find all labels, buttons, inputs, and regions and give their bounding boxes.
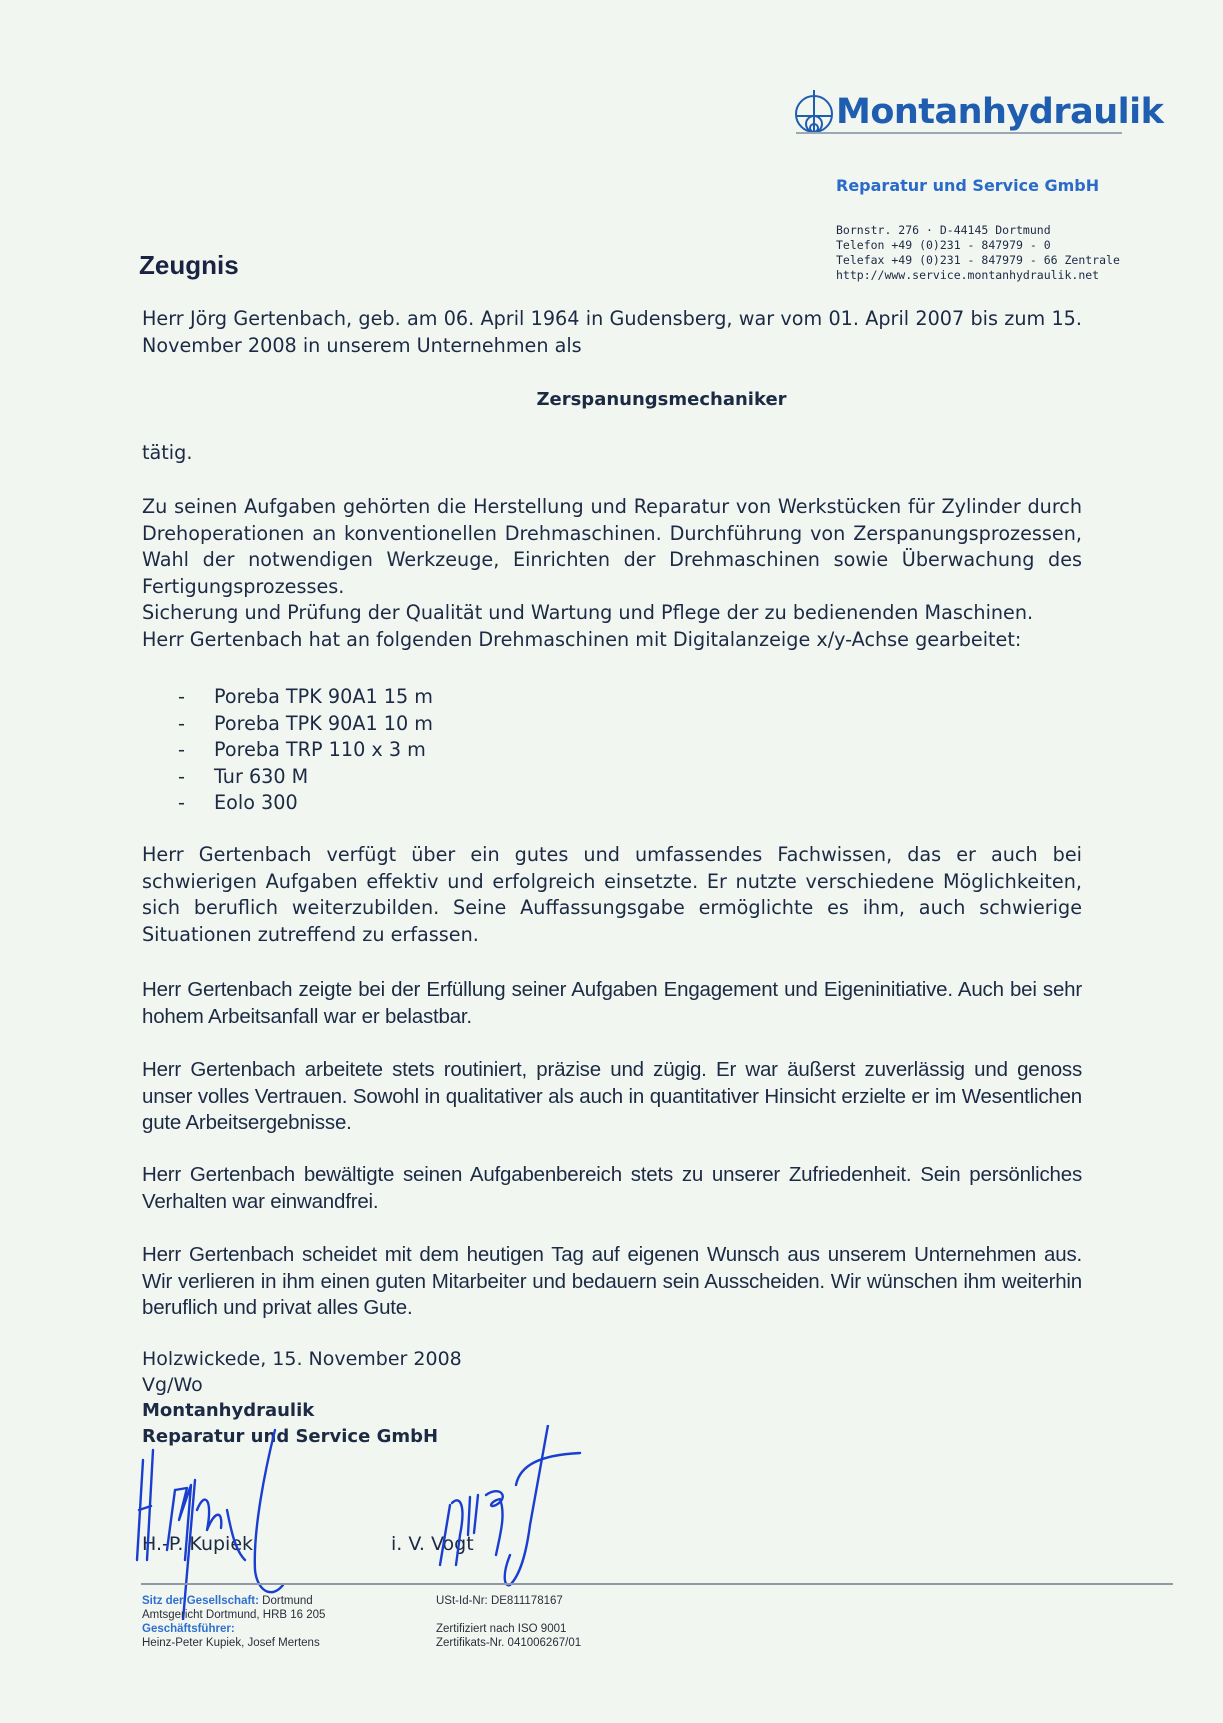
handwritten-signature-icon: [135, 1410, 315, 1620]
conduct-paragraph: Herr Gertenbach bewältigte seinen Aufgab…: [142, 1162, 1082, 1215]
duties-block: Zu seinen Aufgaben gehörten die Herstell…: [142, 494, 1082, 653]
machines-intro-text: Herr Gertenbach hat an folgenden Drehmas…: [142, 627, 1082, 654]
paragraph-text: Herr Gertenbach bewältigte seinen Aufgab…: [142, 1162, 1082, 1215]
list-item: -Eolo 300: [178, 790, 433, 817]
list-item: -Poreba TPK 90A1 10 m: [178, 711, 433, 738]
document-title: Zeugnis: [139, 250, 239, 281]
reference-letter-page: Montanhydraulik Reparatur und Service Gm…: [0, 0, 1223, 1723]
footer-divider: [141, 1583, 1173, 1585]
paragraph-text: Herr Gertenbach zeigte bei der Erfüllung…: [142, 977, 1082, 1030]
paragraph-text: Herr Gertenbach scheidet mit dem heutige…: [142, 1242, 1082, 1322]
knowledge-paragraph: Herr Gertenbach verfügt über ein gutes u…: [142, 842, 1082, 948]
farewell-paragraph: Herr Gertenbach scheidet mit dem heutige…: [142, 1242, 1082, 1322]
machine-name: Eolo 300: [214, 791, 298, 814]
company-wordmark: Montanhydraulik: [836, 92, 1163, 132]
machine-name: Tur 630 M: [214, 765, 308, 788]
list-item: -Poreba TPK 90A1 15 m: [178, 684, 433, 711]
list-marker: -: [178, 764, 185, 791]
company-subsidiary: Reparatur und Service GmbH: [836, 176, 1099, 195]
engagement-paragraph: Herr Gertenbach zeigte bei der Erfüllung…: [142, 977, 1082, 1030]
intro-text: Herr Jörg Gertenbach, geb. am 06. April …: [142, 306, 1082, 359]
handwritten-signature-icon: [430, 1425, 630, 1595]
website-line: http://www.service.montanhydraulik.net: [836, 268, 1120, 283]
iso-certification: Zertifiziert nach ISO 9001: [436, 1622, 581, 1636]
footer-registration-info: USt-Id-Nr: DE811178167 Zertifiziert nach…: [436, 1594, 581, 1650]
fax-line: Telefax +49 (0)231 - 847979 - 66 Zentral…: [836, 253, 1120, 268]
place-date: Holzwickede, 15. November 2008: [142, 1346, 462, 1372]
vat-id: USt-Id-Nr: DE811178167: [436, 1594, 581, 1608]
address-line: Bornstr. 276 · D-44145 Dortmund: [836, 223, 1120, 238]
phone-line: Telefon +49 (0)231 - 847979 - 0: [836, 238, 1120, 253]
footer-company-info: Sitz der Gesellschaft: Dortmund Amtsgeri…: [142, 1594, 325, 1650]
duties-text: Zu seinen Aufgaben gehörten die Herstell…: [142, 494, 1082, 600]
seat-value: Dortmund: [262, 1595, 313, 1607]
logo-underline: [796, 132, 1122, 134]
list-item: -Poreba TRP 110 x 3 m: [178, 737, 433, 764]
directors-label: Geschäftsführer:: [142, 1622, 325, 1636]
paragraph-text: Herr Gertenbach arbeitete stets routinie…: [142, 1057, 1082, 1137]
intro-paragraph: Herr Jörg Gertenbach, geb. am 06. April …: [142, 306, 1082, 359]
job-title: Zerspanungsmechaniker: [0, 389, 1223, 410]
machine-name: Poreba TPK 90A1 15 m: [214, 685, 433, 708]
list-marker: -: [178, 711, 185, 738]
directors-names: Heinz-Peter Kupiek, Josef Mertens: [142, 1636, 325, 1650]
list-marker: -: [178, 790, 185, 817]
performance-paragraph: Herr Gertenbach arbeitete stets routinie…: [142, 1057, 1082, 1137]
machine-list: -Poreba TPK 90A1 15 m -Poreba TPK 90A1 1…: [178, 684, 433, 817]
seat-line: Sitz der Gesellschaft: Dortmund: [142, 1594, 325, 1608]
seat-label: Sitz der Gesellschaft:: [142, 1595, 259, 1607]
list-item: -Tur 630 M: [178, 764, 433, 791]
reference-code: Vg/Wo: [142, 1372, 462, 1398]
certificate-number: Zertifikats-Nr. 041006267/01: [436, 1636, 581, 1650]
company-logo: Montanhydraulik: [792, 88, 1124, 136]
quality-text: Sicherung und Prüfung der Qualität und W…: [142, 600, 1082, 627]
job-title-text: Zerspanungsmechaniker: [536, 389, 786, 410]
paragraph-text: Herr Gertenbach verfügt über ein gutes u…: [142, 842, 1082, 948]
company-address: Bornstr. 276 · D-44145 Dortmund Telefon …: [836, 223, 1120, 283]
concentric-circles-logo-icon: [792, 88, 836, 136]
list-marker: -: [178, 737, 185, 764]
machine-name: Poreba TPK 90A1 10 m: [214, 712, 433, 735]
court-registry: Amtsgericht Dortmund, HRB 16 205: [142, 1608, 325, 1622]
list-marker: -: [178, 684, 185, 711]
tatig-line: tätig.: [142, 440, 1082, 467]
tatig-text: tätig.: [142, 440, 1082, 467]
machine-name: Poreba TRP 110 x 3 m: [214, 738, 426, 761]
